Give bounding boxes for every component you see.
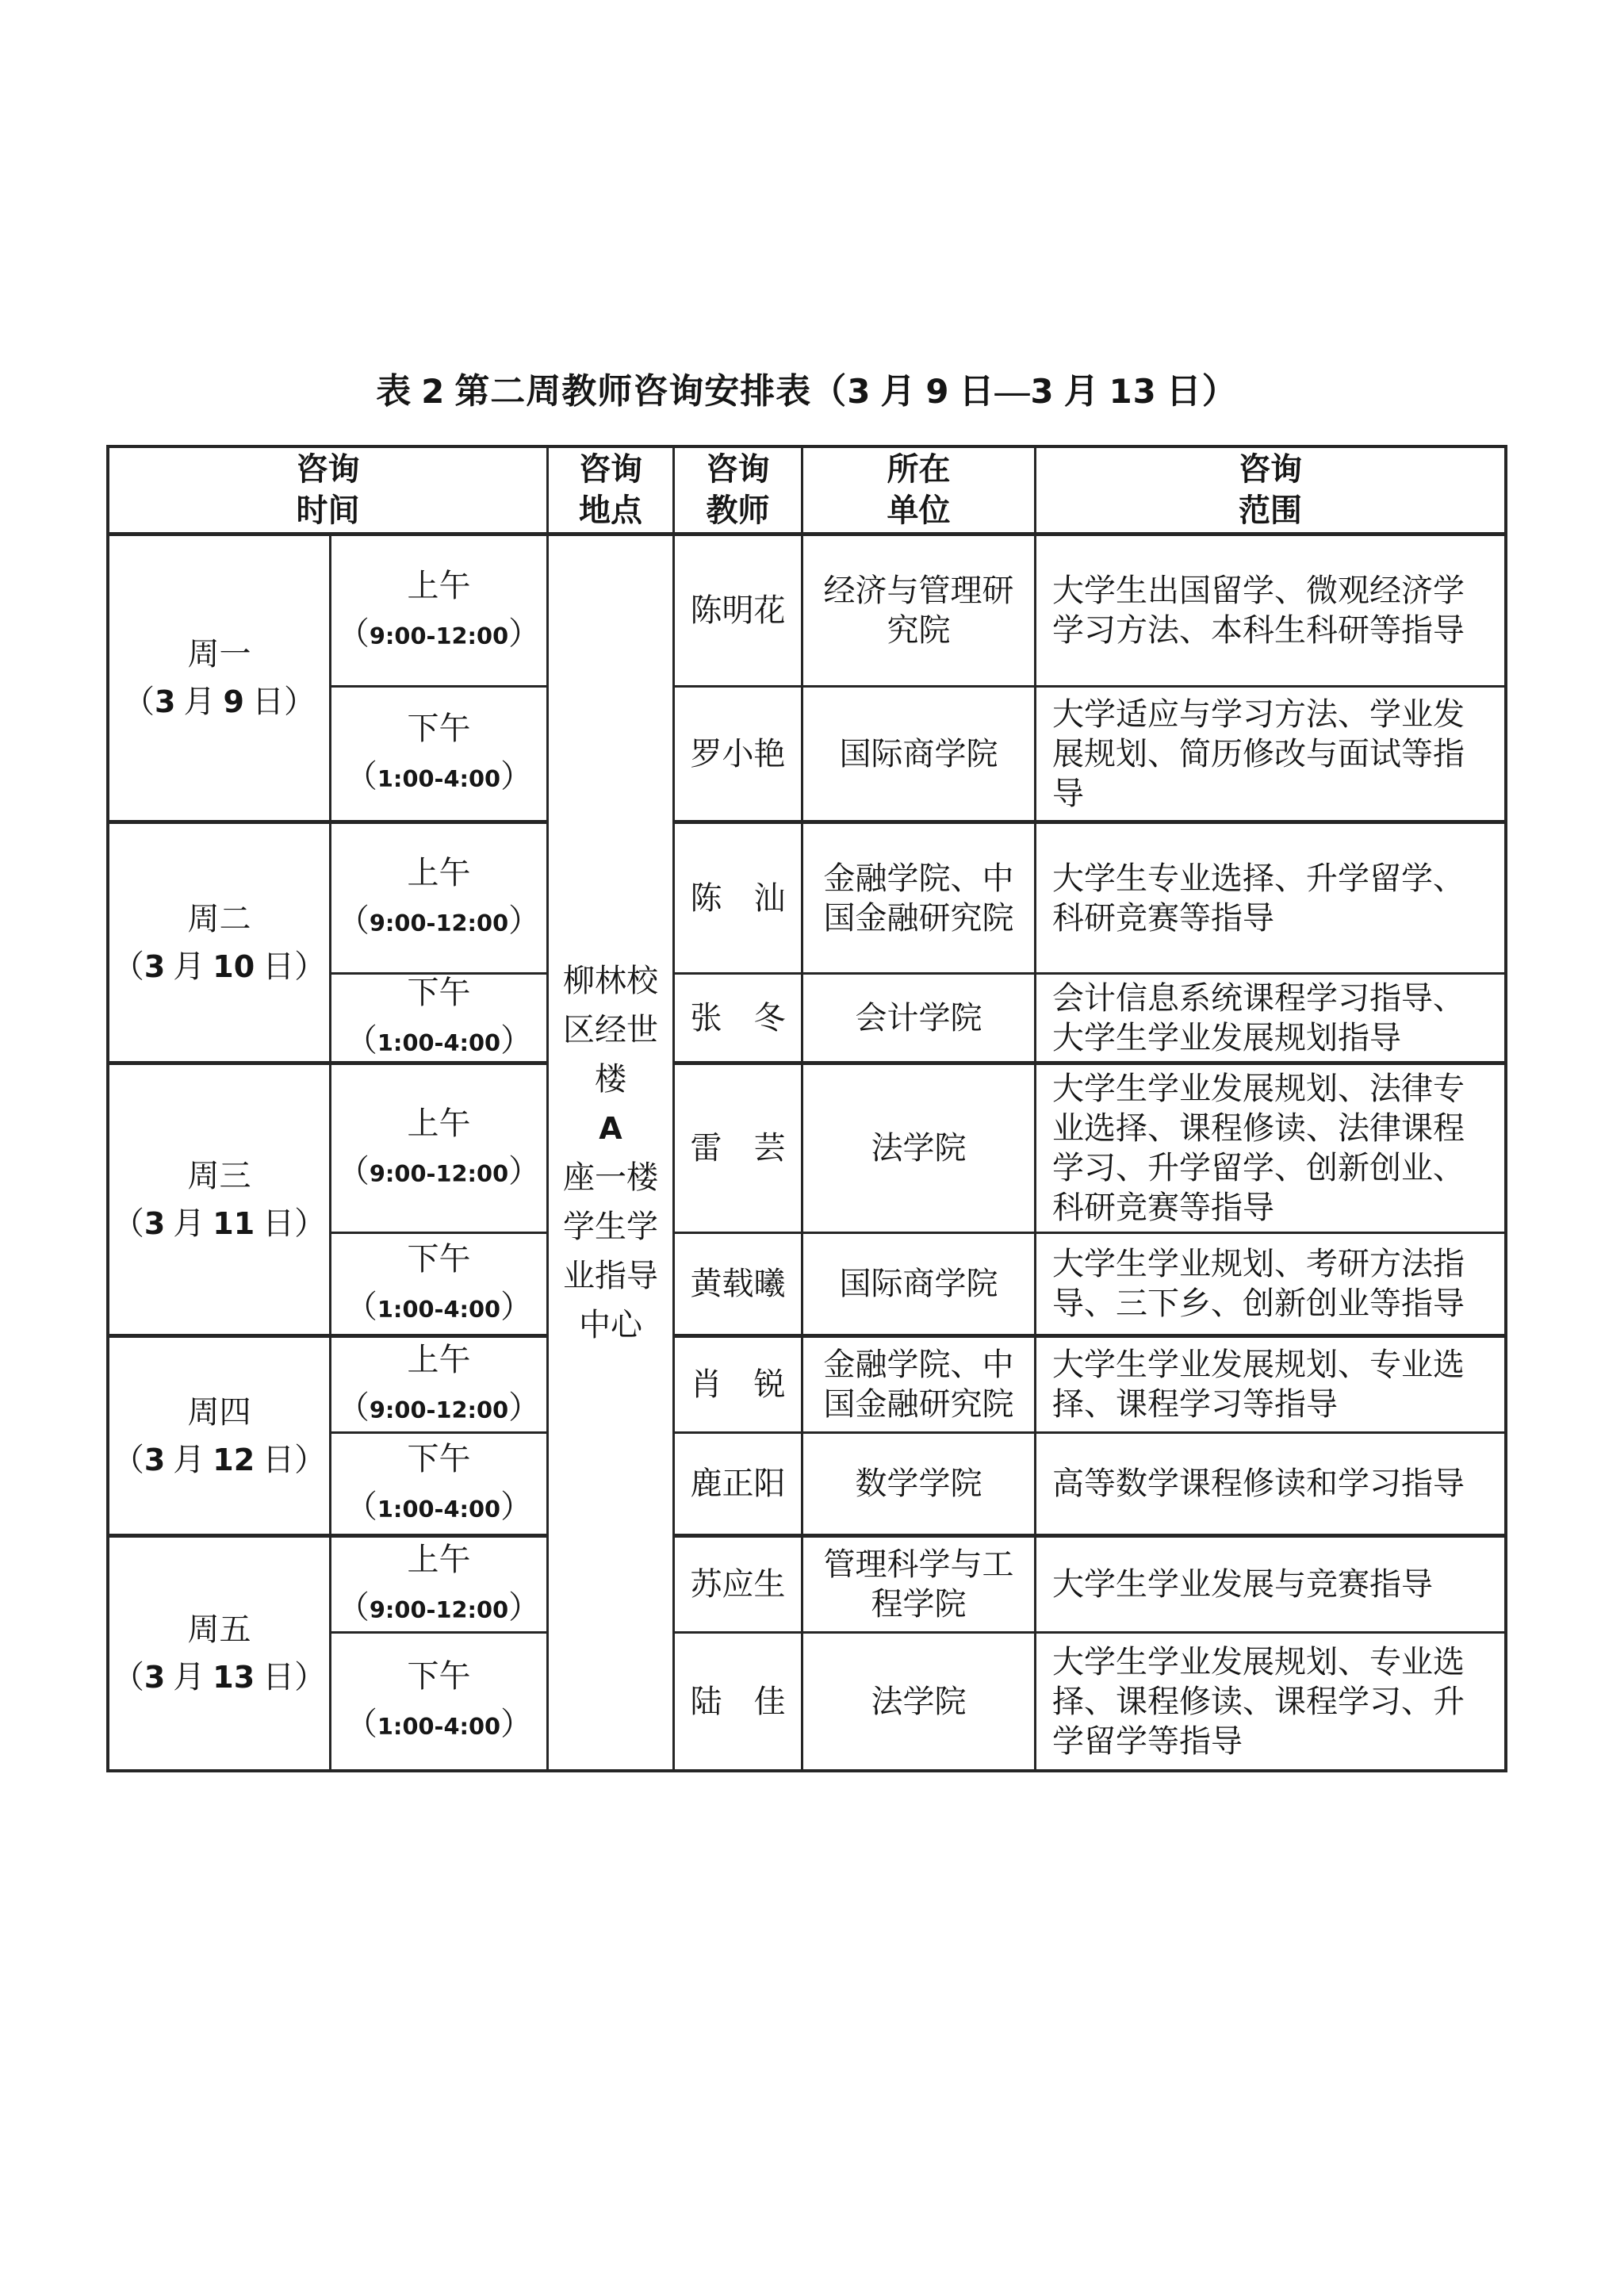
teacher-cell: 陆 佳 <box>675 1634 803 1769</box>
scope-cell: 大学生学业发展规划、专业选择、课程修读、课程学习、升学留学等指导 <box>1036 1634 1504 1769</box>
consultation-schedule-table: 咨询 时间 咨询 地点 咨询 教师 所在 单位 咨询 范围 柳林校区经世楼A座一… <box>106 445 1507 1772</box>
time-cell: 下午 （1:00-4:00） <box>331 975 549 1065</box>
table-title: 表 2 第二周教师咨询安排表（3 月 9 日—3 月 13 日） <box>109 371 1504 413</box>
day-cell-thursday: 周四 （3 月 12 日） <box>109 1338 331 1538</box>
header-consult-scope: 咨询 范围 <box>1036 448 1504 536</box>
time-cell: 上午 （9:00-12:00） <box>331 1065 549 1234</box>
teacher-cell: 鹿正阳 <box>675 1434 803 1538</box>
day-cell-monday: 周一 （3 月 9 日） <box>109 536 331 824</box>
time-cell: 上午 （9:00-12:00） <box>331 1338 549 1434</box>
time-cell: 下午 （1:00-4:00） <box>331 1434 549 1538</box>
scope-cell: 大学生专业选择、升学留学、科研竞赛等指导 <box>1036 824 1504 975</box>
header-consult-location: 咨询 地点 <box>549 448 675 536</box>
location-cell: 柳林校区经世楼A座一楼学生学业指导中心 <box>549 536 675 1769</box>
scope-cell: 高等数学课程修读和学习指导 <box>1036 1434 1504 1538</box>
time-cell: 下午 （1:00-4:00） <box>331 1634 549 1769</box>
header-consult-teacher: 咨询 教师 <box>675 448 803 536</box>
unit-cell: 数学学院 <box>803 1434 1036 1538</box>
time-cell: 上午 （9:00-12:00） <box>331 1538 549 1634</box>
unit-cell: 国际商学院 <box>803 1234 1036 1338</box>
scope-cell: 会计信息系统课程学习指导、大学生学业发展规划指导 <box>1036 975 1504 1065</box>
time-cell: 上午 （9:00-12:00） <box>331 824 549 975</box>
time-cell: 下午 （1:00-4:00） <box>331 1234 549 1338</box>
teacher-cell: 张 冬 <box>675 975 803 1065</box>
header-consult-time: 咨询 时间 <box>109 448 549 536</box>
teacher-cell: 雷 芸 <box>675 1065 803 1234</box>
teacher-cell: 罗小艳 <box>675 688 803 824</box>
day-cell-wednesday: 周三 （3 月 11 日） <box>109 1065 331 1338</box>
unit-cell: 管理科学与工程学院 <box>803 1538 1036 1634</box>
teacher-cell: 苏应生 <box>675 1538 803 1634</box>
scope-cell: 大学生出国留学、微观经济学学习方法、本科生科研等指导 <box>1036 536 1504 688</box>
unit-cell: 法学院 <box>803 1065 1036 1234</box>
unit-cell: 经济与管理研究院 <box>803 536 1036 688</box>
header-teacher-unit: 所在 单位 <box>803 448 1036 536</box>
teacher-cell: 肖 锐 <box>675 1338 803 1434</box>
teacher-cell: 黄载曦 <box>675 1234 803 1338</box>
scope-cell: 大学生学业发展与竞赛指导 <box>1036 1538 1504 1634</box>
time-cell: 上午 （9:00-12:00） <box>331 536 549 688</box>
scope-cell: 大学生学业规划、考研方法指导、三下乡、创新创业等指导 <box>1036 1234 1504 1338</box>
document-page: { "page": { "title": "表 2 第二周教师咨询安排表（3 月… <box>0 0 1624 2295</box>
unit-cell: 金融学院、中国金融研究院 <box>803 1338 1036 1434</box>
scope-cell: 大学生学业发展规划、专业选择、课程学习等指导 <box>1036 1338 1504 1434</box>
unit-cell: 法学院 <box>803 1634 1036 1769</box>
time-cell: 下午 （1:00-4:00） <box>331 688 549 824</box>
unit-cell: 金融学院、中国金融研究院 <box>803 824 1036 975</box>
scope-cell: 大学生学业发展规划、法律专业选择、课程修读、法律课程学习、升学留学、创新创业、科… <box>1036 1065 1504 1234</box>
teacher-cell: 陈 汕 <box>675 824 803 975</box>
unit-cell: 会计学院 <box>803 975 1036 1065</box>
day-cell-tuesday: 周二 （3 月 10 日） <box>109 824 331 1065</box>
scope-cell: 大学适应与学习方法、学业发展规划、简历修改与面试等指导 <box>1036 688 1504 824</box>
day-cell-friday: 周五 （3 月 13 日） <box>109 1538 331 1769</box>
unit-cell: 国际商学院 <box>803 688 1036 824</box>
teacher-cell: 陈明花 <box>675 536 803 688</box>
